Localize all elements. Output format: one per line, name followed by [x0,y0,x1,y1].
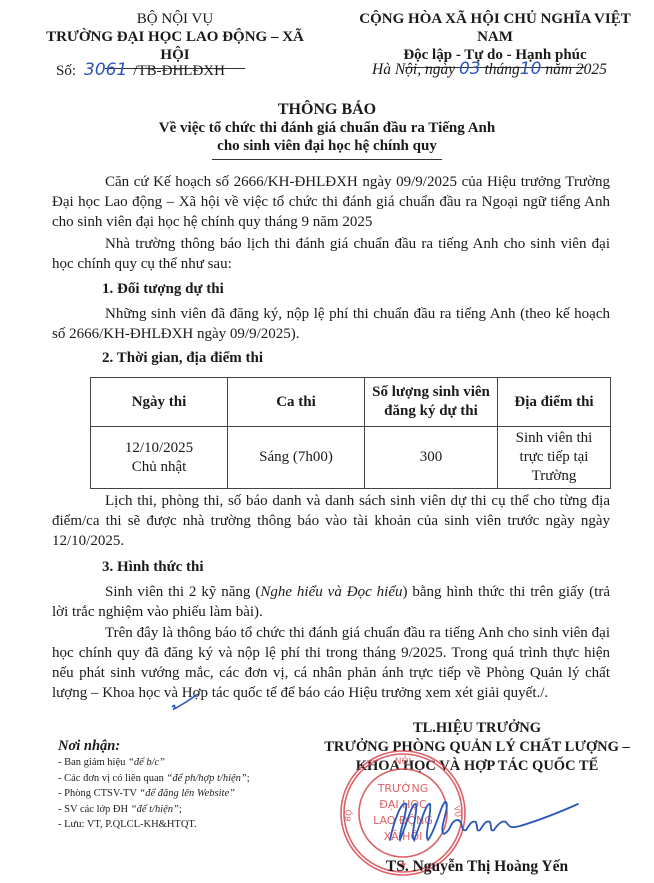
recipient-item: - Lưu: VT, P.QLCL-KH&HTQT. [58,817,318,833]
notice-subtitle-2: cho sinh viên đại học hệ chính quy [0,137,654,155]
date-month-label: tháng [484,61,519,78]
document-number: Số:3061/TB-ĐHLĐXH [56,60,225,80]
closing-paragraph: Trên đây là thông báo tổ chức thi đánh g… [52,623,610,703]
exam-schedule-table: Ngày thi Ca thi Số lượng sinh viên đăng … [90,377,611,489]
section-2-note: Lịch thi, phòng thi, số báo danh và danh… [52,491,610,551]
notice-title: THÔNG BÁO Về việc tổ chức thi đánh giá c… [0,100,654,160]
table-row: 12/10/2025 Chủ nhật Sáng (7h00) 300 Sinh… [91,427,611,489]
notice-heading: THÔNG BÁO [0,100,654,119]
nation-name: CỘNG HÒA XÃ HỘI CHỦ NGHĨA VIỆT NAM [340,10,650,46]
section-1-title: 1. Đối tượng dự thi [102,281,224,298]
cell-count: 300 [365,427,498,489]
exam-date: 12/10/2025 [95,439,223,458]
handwritten-tick-icon [170,691,200,711]
date-day: 03 [459,59,481,79]
intro-paragraph-1: Căn cứ Kế hoạch số 2666/KH-ĐHLĐXH ngày 0… [52,172,610,232]
section-2-title: 2. Thời gian, địa điểm thi [102,350,263,367]
cell-location: Sinh viên thi trực tiếp tại Trường [498,427,611,489]
doc-number-label: Số: [56,63,76,79]
recipient-item: - Ban giám hiệu “để b/c” [58,755,318,771]
stamp-top-text: NỘI [395,755,411,767]
col-header-location: Địa điểm thi [498,378,611,427]
cell-shift: Sáng (7h00) [228,427,365,489]
col-header-shift: Ca thi [228,378,365,427]
date-prefix: Hà Nội, ngày [372,61,455,78]
stamp-left-text: BỘ [341,809,354,823]
skills-italic: Nghe hiểu và Đọc hiểu [260,584,402,600]
school-name: TRƯỜNG ĐẠI HỌC LAO ĐỘNG – XÃ HỘI [30,28,320,64]
recipients-list: - Ban giám hiệu “để b/c”- Các đơn vị có … [58,755,318,833]
col-header-date: Ngày thi [91,378,228,427]
notice-subtitle-1: Về việc tổ chức thi đánh giá chuẩn đầu r… [0,119,654,137]
date-line: Hà Nội, ngày 03 tháng10 năm 2025 [372,59,607,79]
recipients-label: Nơi nhận: [58,738,318,755]
ministry-name: BỘ NỘI VỤ [30,10,320,28]
title-underline [212,159,442,160]
signer-name: TS. Nguyễn Thị Hoàng Yến [300,858,654,876]
recipient-item: - Các đơn vị có liên quan “để ph/hợp t/h… [58,771,318,787]
doc-number-handwritten: 3061 [84,60,127,80]
section-1-text: Những sinh viên đã đăng ký, nộp lệ phí t… [52,304,610,344]
recipients-block: Nơi nhận: - Ban giám hiệu “để b/c”- Các … [58,738,318,833]
date-year: năm 2025 [545,61,607,78]
handwritten-signature-icon [380,790,580,850]
intro-paragraph-2: Nhà trường thông báo lịch thi đánh giá c… [52,234,610,274]
recipient-item: - Phòng CTSV-TV “để đăng lên Website” [58,786,318,802]
col-header-count: Số lượng sinh viên đăng ký dự thi [365,378,498,427]
section-3-title: 3. Hình thức thi [102,559,204,576]
recipient-item: - SV các lớp ĐH “để t/hiện”; [58,802,318,818]
table-header-row: Ngày thi Ca thi Số lượng sinh viên đăng … [91,378,611,427]
cell-date: 12/10/2025 Chủ nhật [91,427,228,489]
section-3-text: Sinh viên thi 2 kỹ năng (Nghe hiểu và Đọ… [52,582,610,622]
signature-title-1: TL.HIỆU TRƯỞNG [300,719,654,738]
date-month: 10 [520,59,542,79]
section-3-text-a: Sinh viên thi 2 kỹ năng ( [105,584,260,600]
exam-weekday: Chủ nhật [95,458,223,477]
doc-number-suffix: /TB-ĐHLĐXH [133,63,225,79]
